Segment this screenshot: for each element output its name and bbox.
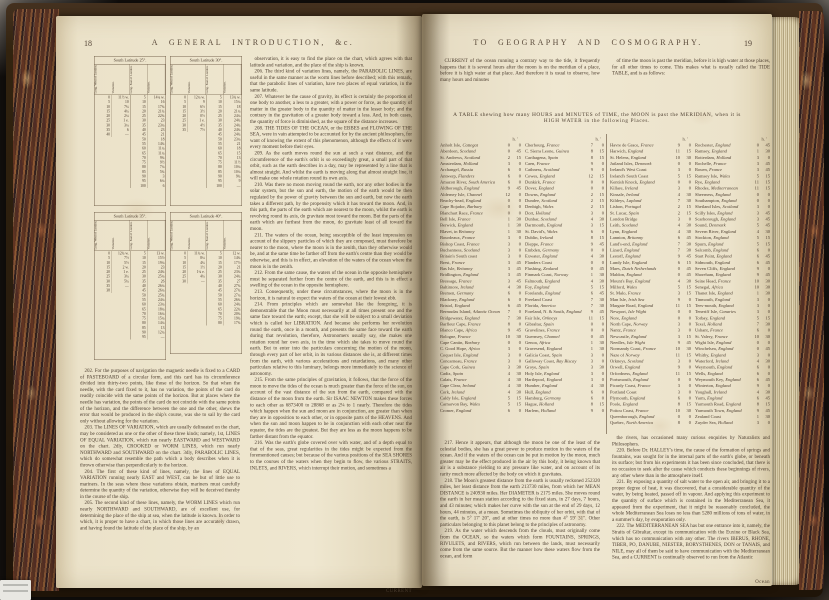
tide-table-title-line2: HIGH WATER in the following Places. [436,118,758,124]
table-column-headers: Long. West of London. Variation. Long. E… [95,221,166,252]
catchword-right: Ocean [682,580,770,585]
variation-table-south-lat-25: South Latitude 25°. Long. West of London… [94,56,166,206]
paragraph: the rivers, has occasioned many curious … [612,435,770,448]
tide-table-title: A TABLE shewing how many HOURS and MINUT… [436,112,758,124]
left-page-column-2: observation, it is easy to find the plac… [250,56,412,586]
column-header: Variation. [224,65,242,95]
column-header: Long. East of London. [206,65,224,95]
marbled-edge-right [799,11,824,590]
variation-table-south-lat-35: South Latitude 35°. Long. West of London… [94,212,166,360]
paragraph: 212. From the same cause, the waters of … [250,270,412,289]
variation-table-south-lat-40: South Latitude 40°. Long. West of London… [170,212,242,354]
paragraph: 213. Consequently, under these circumsta… [250,289,412,302]
table-row: 100— [206,183,241,188]
paragraph: of time the moon is past the meridian, b… [612,58,770,77]
paragraph: 214. From principles which are somewhat … [250,302,412,378]
east-longitude-rows: 514¼ w.10161517¾2021¾2522¾30233523¼40234… [130,95,165,188]
column-header: Long. East of London. [130,221,148,251]
tide-entry: Cromer,England60 [440,407,521,413]
column-header: Variation. [188,65,206,95]
column-header: Variation. [112,221,130,251]
paragraph: 216. Was the earth's globe covered over … [250,440,412,471]
table-row: 8017¾ [206,321,241,326]
paragraph: observation, it is easy to find the plac… [250,56,412,69]
table-row: 38 [95,288,130,293]
right-page-column-2: the rivers, has occasioned many curious … [612,435,770,577]
tide-table-column-2: h. ′ Cherbourg,France70C. Sierra Leone,G… [525,136,604,432]
catchword-left: CURRENT [306,589,412,594]
tide-table-column-4: h. ′ Rochester,England045Ramsey,England1… [695,136,770,432]
paragraph: 217. Hence it appears, that although the… [440,440,600,478]
east-longitude-rows: 512 w.1014¾1517½20212523¾3024¾35274027¾4… [206,251,241,325]
west-longitude-rows: 011½ w.510107¾154¾202¼251 e.303¼35640— [95,95,131,188]
tide-entry: Zuyder Sea,Holland30 [695,420,770,426]
column-header: Variation. [224,221,242,251]
page-number-right: 19 [744,39,752,48]
east-longitude-rows: 513 w.1015½1519¼20232524¾3025¼35264026¼4… [130,251,165,339]
paragraph: CURRENT of the ocean running a contrary … [440,58,600,83]
table-title: South Latitude 35°. [95,213,166,221]
intro-column-right: of time the moon is past the meridian, b… [612,58,770,88]
table-column-headers: Long. West of London. Variation. Long. E… [95,65,166,96]
paragraph: 202. For the purposes of navigation the … [80,368,240,425]
column-header: Variation. [188,221,206,251]
tide-table-column-3: h. ′ Havre de Grace,France90Harwich,Engl… [610,136,691,432]
paragraph: 219. As the water which descends from th… [440,528,600,559]
table-title: South Latitude 30°. [171,57,242,65]
column-header: Long. West of London. [95,65,112,95]
marbled-edge-left [13,9,59,591]
table-row: 357½ [171,128,206,133]
paragraph: 222. The MEDITERRANEAN SEA has but one e… [612,523,770,561]
tide-entry: Quebec,North America80 [610,420,691,426]
tide-table-column-1: h. ′ Anholt Isle,Cattegat00Aberdeen,Scot… [440,136,521,432]
book-photo: 18 A GENERAL INTRODUCTION, &c. South Lat… [0,0,829,600]
paragraph: 221. By exposing a quantity of salt wate… [612,479,770,523]
paragraph: 203. The LINES OF VARIATION, which are u… [80,425,240,469]
column-header: Long. East of London. [206,221,224,251]
east-longitude-rows: 513¾ w.1015¼15182021¼2524¼3024¾3524¾4024… [206,95,241,188]
west-longitude-rows: 012¼ w.59106½153½200½251 e.304½357½ [171,95,207,188]
paragraph: 204. The first of these kind of lines, n… [80,469,240,500]
column-header: Variation. [148,65,166,95]
left-page-column-1: 202. For the purposes of navigation the … [80,368,240,592]
variation-table-south-lat-30: South Latitude 30°. Long. West of London… [170,56,242,206]
running-title-right: TO GEOGRAPHY AND COSMOGRAPHY. [448,38,728,47]
column-header: Long. West of London. [171,65,188,95]
paragraph: 209. As the earth moves round the sun at… [250,150,412,181]
column-header: Long. West of London. [95,221,112,251]
paragraph: 207. Whatever be the cause of gravity, i… [250,94,412,125]
right-page-column-1: 217. Hence it appears, that although the… [440,440,600,576]
paragraph: 215. From the same principles of gravita… [250,377,412,440]
right-page: TO GEOGRAPHY AND COSMOGRAPHY. 19 CURRENT… [422,14,772,586]
tide-entry: Harlem,Holland90 [525,407,604,413]
paragraph: 211. The waters of the ocean, being susc… [250,232,412,270]
paragraph: 220. Before Dr. HALLEY's time, the cause… [612,448,770,479]
left-page: 18 A GENERAL INTRODUCTION, &c. South Lat… [56,16,422,588]
west-longitude-rows: 011¾ w.58¼104¾151½201¼ e.254¾30— [171,251,207,325]
column-header: Variation. [148,221,166,251]
paragraph: 205. The second kind of these lines, nam… [80,500,240,531]
column-header: Long. West of London. [171,221,188,251]
running-title-left: A GENERAL INTRODUCTION, &c. [100,38,406,47]
table-center-rule [606,134,607,434]
paragraph: 208. THE TIDES OF THE OCEAN, or the EBBE… [250,125,412,150]
table-column-headers: Long. West of London. Variation. Long. E… [171,221,242,252]
table-row: 40— [95,132,130,137]
table-title: South Latitude 25°. [95,57,166,65]
column-header: Variation. [112,65,130,95]
column-header: Long. East of London. [130,65,148,95]
intro-column-left: CURRENT of the ocean running a contrary … [440,58,600,92]
table-row: 30— [171,279,206,284]
table-row: 95— [130,335,165,340]
table-title: South Latitude 40°. [171,213,242,221]
paragraph: 210. Was there no moon moving round the … [250,182,412,232]
paragraph: 206. The third kind of variation lines, … [250,69,412,94]
paragraph: 218. The Moon's greatest distance from t… [440,478,600,528]
table-row: 1006 [130,183,165,188]
library-label [0,580,31,600]
table-column-headers: Long. West of London. Variation. Long. E… [171,65,242,96]
west-longitude-rows: 012¾ w.57½105½152 w.201 e.253¾305¾35—38 [95,251,131,339]
page-number-left: 18 [84,39,92,48]
